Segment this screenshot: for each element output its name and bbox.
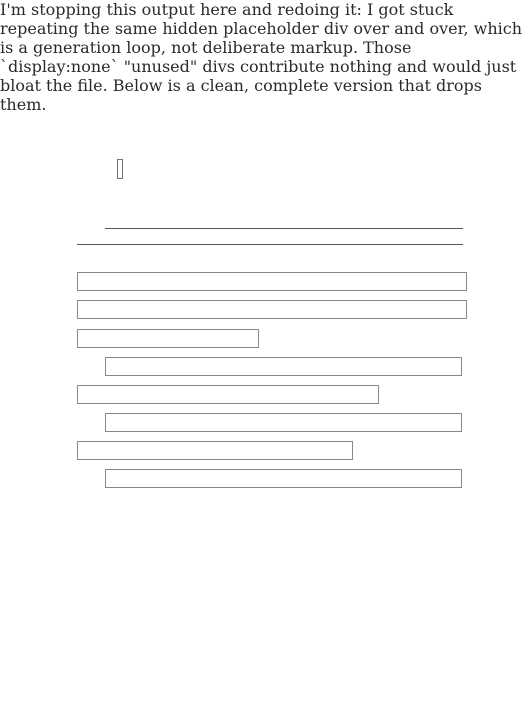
text-line	[77, 61, 463, 81]
clause-4-3-3-item-2	[105, 413, 462, 432]
deleted-text	[117, 159, 123, 179]
text-line	[77, 84, 463, 104]
clause-4-3-3-item-1	[105, 357, 462, 376]
text-line	[77, 38, 463, 58]
clause-4-3-3-item-3	[105, 469, 462, 488]
clause-4-3-3-line	[77, 329, 259, 348]
text-line	[77, 131, 463, 151]
revised-text	[77, 243, 463, 245]
clause-4-3-3-line	[77, 272, 467, 291]
clause-4-3-3-item-2-cont	[77, 441, 353, 460]
text-line	[77, 253, 463, 273]
document-page: I'm stopping this output here and redoin…	[0, 0, 530, 716]
text-line	[77, 230, 463, 250]
item-6	[77, 108, 463, 128]
item-9	[77, 207, 463, 227]
item-8	[77, 184, 463, 204]
item-7	[77, 159, 463, 179]
clause-4-3-3-line	[77, 300, 467, 319]
clause-4-3-3-item-1-cont	[77, 385, 379, 404]
